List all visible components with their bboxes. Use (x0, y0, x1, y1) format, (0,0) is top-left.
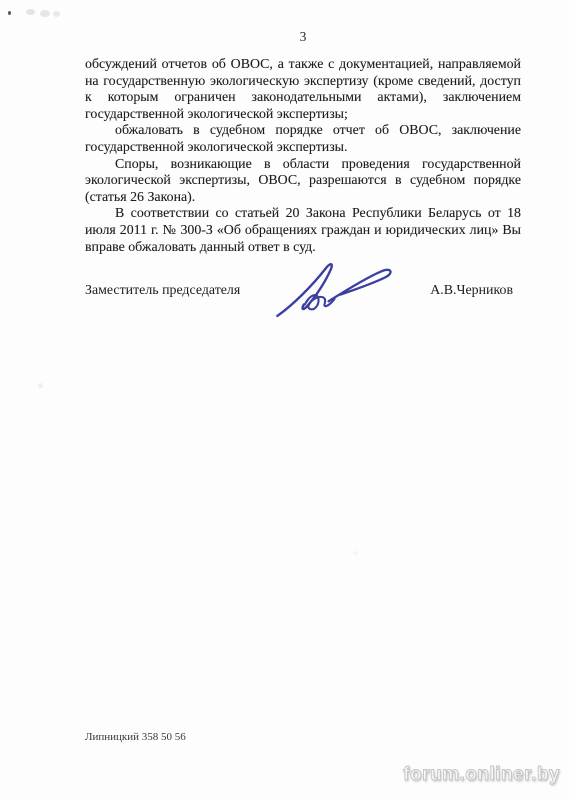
paragraph: В соответствии со статьей 20 Закона Респ… (85, 206, 521, 256)
scan-speck (8, 11, 11, 15)
executor-contact: Липницкий 358 50 56 (85, 731, 186, 743)
document-page: 3 обсуждений отчетов об ОВОС, а также с … (0, 0, 569, 800)
signatory-name: А.В.Черников (430, 283, 513, 299)
handwritten-signature-ink (266, 256, 401, 323)
scan-speck (40, 10, 50, 17)
signatory-title: Заместитель председателя (85, 283, 240, 299)
signature-block: Заместитель председателя А.В.Черников (85, 281, 521, 321)
scan-speck (53, 11, 60, 17)
scan-speck (353, 551, 358, 555)
letter-body: обсуждений отчетов об ОВОС, а также с до… (85, 57, 521, 256)
scan-speck (38, 383, 43, 388)
paragraph: обсуждений отчетов об ОВОС, а также с до… (85, 57, 521, 123)
forum-watermark: forum.onliner.by (403, 764, 560, 786)
scan-speck (26, 9, 35, 15)
paragraph: обжаловать в судебном порядке отчет об О… (85, 123, 521, 156)
page-number: 3 (85, 29, 521, 45)
paragraph: Споры, возникающие в области проведения … (85, 157, 521, 207)
